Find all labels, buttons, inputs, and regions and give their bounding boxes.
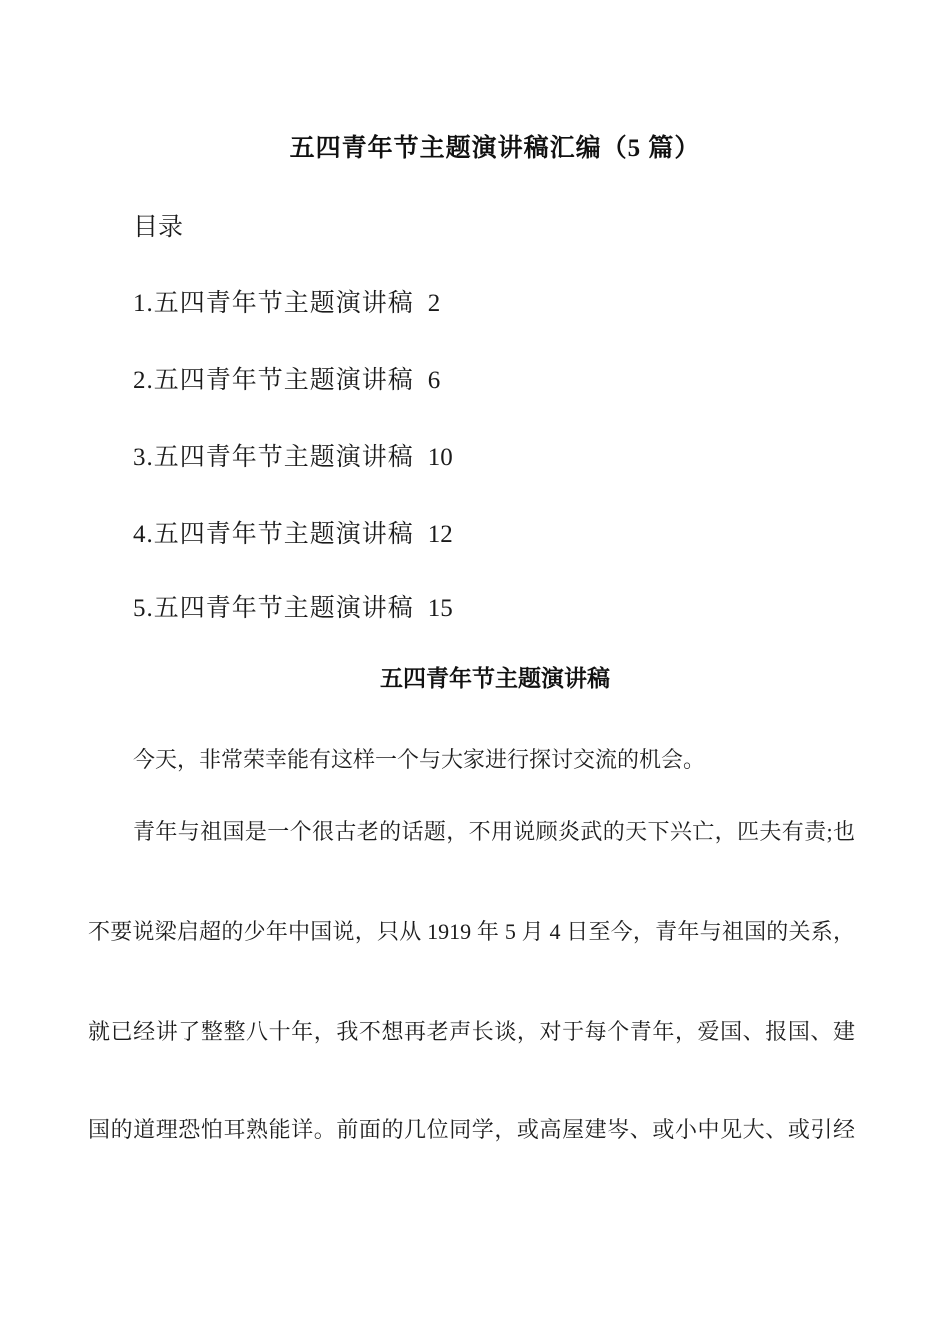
toc-item: 5.五四青年节主题演讲稿15 bbox=[133, 592, 453, 626]
paragraph-line: 就已经讲了整整八十年，我不想再老声长谈，对于每个青年，爱国、报国、建 bbox=[88, 1016, 855, 1048]
toc-item: 2.五四青年节主题演讲稿6 bbox=[133, 364, 440, 398]
paragraph-opening: 今天，非常荣幸能有这样一个与大家进行探讨交流的机会。 bbox=[88, 744, 855, 776]
document-page: 五四青年节主题演讲稿汇编（5 篇） 目录 1.五四青年节主题演讲稿2 2.五四青… bbox=[0, 0, 950, 1344]
toc-item-label: 2.五四青年节主题演讲稿 bbox=[133, 367, 414, 394]
section-heading: 五四青年节主题演讲稿 bbox=[88, 663, 902, 695]
paragraph-line: 国的道理恐怕耳熟能详。前面的几位同学，或高屋建岑、或小中见大、或引经 bbox=[88, 1114, 855, 1146]
toc-item-page: 15 bbox=[428, 595, 453, 622]
toc-heading: 目录 bbox=[133, 211, 183, 245]
document-title: 五四青年节主题演讲稿汇编（5 篇） bbox=[88, 130, 902, 168]
toc-item-page: 2 bbox=[428, 290, 441, 317]
toc-item-label: 1.五四青年节主题演讲稿 bbox=[133, 290, 414, 317]
toc-item-label: 4.五四青年节主题演讲稿 bbox=[133, 521, 414, 548]
paragraph-line: 不要说梁启超的少年中国说，只从 1919 年 5 月 4 日至今，青年与祖国的关… bbox=[88, 916, 855, 948]
toc-item: 4.五四青年节主题演讲稿12 bbox=[133, 518, 453, 552]
toc-item: 1.五四青年节主题演讲稿2 bbox=[133, 287, 440, 321]
toc-item-page: 6 bbox=[428, 367, 441, 394]
toc-item-label: 5.五四青年节主题演讲稿 bbox=[133, 595, 414, 622]
toc-item-page: 10 bbox=[428, 444, 453, 471]
paragraph-line: 青年与祖国是一个很古老的话题，不用说顾炎武的天下兴亡，匹夫有责;也 bbox=[88, 816, 855, 848]
toc-item: 3.五四青年节主题演讲稿10 bbox=[133, 441, 453, 475]
toc-item-page: 12 bbox=[428, 521, 453, 548]
toc-item-label: 3.五四青年节主题演讲稿 bbox=[133, 444, 414, 471]
